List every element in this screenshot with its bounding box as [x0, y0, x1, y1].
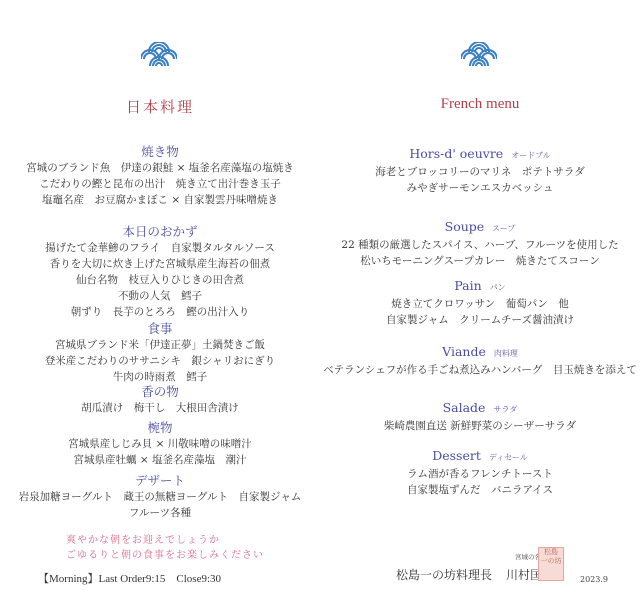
section-title-fr: Viande: [442, 344, 486, 359]
section-title-fr: Hors-d' oeuvre: [409, 146, 503, 161]
section-title: Viande肉料理: [320, 343, 640, 362]
menu-date: 2023.9: [580, 575, 608, 584]
section-subtitle: 肉料理: [494, 349, 518, 358]
menu-item: 海老とブロッコリーのマリネ ポテトサラダ: [320, 164, 640, 180]
section-title: Soupeスープ: [320, 218, 640, 237]
menu-item: 塩竈名産 お豆腐かまぼこ × 自家製雲丹味噌焼き: [0, 192, 320, 208]
section-subtitle: パン: [490, 283, 506, 292]
section-title: 焼き物: [0, 143, 320, 160]
welcome-line: ごゆるりと朝の食事をお楽しみください: [66, 548, 264, 563]
menu-item: 胡瓜漬け 梅干し 大根田舎漬け: [0, 400, 320, 416]
welcome-line: 爽やかな朝をお迎えでしょうか: [66, 533, 264, 548]
section-dessert-jp: デザート 岩泉加糖ヨーグルト 蔵王の無糖ヨーグルト 自家製ジャム フルーツ各種: [0, 472, 320, 521]
seigaiha-wave-logo-icon: [141, 42, 177, 68]
business-hours: 【Morning】Last Order9:15 Close9:30: [38, 570, 221, 586]
menu-item: フルーツ各種: [0, 505, 320, 521]
welcome-message: 爽やかな朝をお迎えでしょうか ごゆるりと朝の食事をお楽しみください: [66, 533, 264, 563]
section-title: 食事: [0, 320, 320, 337]
section-okazu: 本日のおかず 揚げたて金華鯵のフライ 自家製タルタルソース 香りを大切に炊き上げ…: [0, 223, 320, 320]
menu-item: ベテランシェフが作る手ごね煮込みハンバーグ 目玉焼きを添えて: [320, 362, 640, 378]
french-menu-title: French menu: [320, 96, 640, 113]
menu-item: みやぎサーモンエスカベッシュ: [320, 180, 640, 196]
menu-item: 登米産こだわりのササニシキ 銀シャリおにぎり: [0, 353, 320, 369]
menu-item: 焼き立てクロワッサン 葡萄パン 他: [320, 296, 640, 312]
seal-stamp-icon: 松島 一の坊: [538, 547, 564, 581]
menu-item: 岩泉加糖ヨーグルト 蔵王の無糖ヨーグルト 自家製ジャム: [0, 489, 320, 505]
section-yakimono: 焼き物 宮城のブランド魚 伊達の銀鮭 × 塩釜名産藻塩の塩焼き こだわりの鰹と昆…: [0, 143, 320, 208]
section-viande: Viande肉料理 ベテランシェフが作る手ごね煮込みハンバーグ 目玉焼きを添えて: [320, 343, 640, 378]
section-dessert-fr: Dessertディセール ラム酒が香るフレンチトースト 自家製塩ずんだ バニラア…: [320, 447, 640, 498]
section-title: 椀物: [0, 419, 320, 436]
seigaiha-wave-logo-icon: [461, 42, 497, 68]
section-title: 本日のおかず: [0, 223, 320, 240]
menu-item: 自家製ジャム クリームチーズ醤油漬け: [320, 312, 640, 328]
section-title: 香の物: [0, 383, 320, 400]
section-shokuji: 食事 宮城県ブランド米「伊達正夢」土鍋焚きご飯 登米産こだわりのササニシキ 銀シ…: [0, 320, 320, 385]
menu-item: 不動の人気 鱈子: [0, 288, 320, 304]
section-subtitle: オードブル: [511, 151, 550, 160]
section-title: Hors-d' oeuvreオードブル: [320, 145, 640, 164]
menu-item: 宮城県産牡蠣 × 塩釜名産藻塩 潮汁: [0, 452, 320, 468]
section-title-fr: Soupe: [445, 219, 485, 234]
menu-item: こだわりの鰹と昆布の出汁 焼き立て出汁巻き玉子: [0, 176, 320, 192]
menu-item: 松いちモーニングスープカレー 焼きたてスコーン: [320, 253, 640, 269]
japanese-menu-title: 日本料理: [0, 96, 320, 117]
menu-item: 香りを大切に炊き上げた宮城県産生海苔の佃煮: [0, 256, 320, 272]
section-title: Painパン: [320, 277, 640, 296]
section-subtitle: ディセール: [489, 453, 528, 462]
menu-item: 22 種類の厳選したスパイス、ハーブ、フルーツを使用した: [320, 237, 640, 253]
menu-item: 仙台名物 枝豆入りひじきの田舎煮: [0, 272, 320, 288]
section-pain: Painパン 焼き立てクロワッサン 葡萄パン 他 自家製ジャム クリームチーズ醤…: [320, 277, 640, 328]
chef-signature: 松島一の坊料理長川村匡之: [396, 566, 554, 583]
section-title-fr: Pain: [454, 278, 481, 293]
section-title: Dessertディセール: [320, 447, 640, 466]
section-soupe: Soupeスープ 22 種類の厳選したスパイス、ハーブ、フルーツを使用した 松い…: [320, 218, 640, 269]
chef-role: 松島一の坊料理長: [396, 568, 492, 582]
section-title-fr: Salade: [443, 400, 486, 415]
menu-item: 自家製塩ずんだ バニラアイス: [320, 482, 640, 498]
seal-text: 松島: [539, 548, 563, 557]
section-subtitle: スープ: [492, 224, 515, 233]
section-wanmono: 椀物 宮城県産しじみ貝 × 川敬味噌の味噌汁 宮城県産牡蠣 × 塩釜名産藻塩 潮…: [0, 419, 320, 468]
section-kounomono: 香の物 胡瓜漬け 梅干し 大根田舎漬け: [0, 383, 320, 416]
menu-item: 柴崎農園直送 新鮮野菜のシーザーサラダ: [320, 418, 640, 434]
section-title: デザート: [0, 472, 320, 489]
menu-item: 宮城県産しじみ貝 × 川敬味噌の味噌汁: [0, 436, 320, 452]
section-salade: Saladeサラダ 柴崎農園直送 新鮮野菜のシーザーサラダ: [320, 399, 640, 434]
menu-item: ラム酒が香るフレンチトースト: [320, 466, 640, 482]
menu-item: 宮城県ブランド米「伊達正夢」土鍋焚きご飯: [0, 337, 320, 353]
section-title: Saladeサラダ: [320, 399, 640, 418]
section-hors-doeuvre: Hors-d' oeuvreオードブル 海老とブロッコリーのマリネ ポテトサラダ…: [320, 145, 640, 196]
section-title-fr: Dessert: [432, 448, 481, 463]
menu-item: 揚げたて金華鯵のフライ 自家製タルタルソース: [0, 240, 320, 256]
seal-text: 一の坊: [539, 557, 563, 566]
section-subtitle: サラダ: [493, 405, 517, 414]
menu-item: 朝ずり 長芋のとろろ 鰹の出汁入り: [0, 304, 320, 320]
menu-item: 宮城のブランド魚 伊達の銀鮭 × 塩釜名産藻塩の塩焼き: [0, 160, 320, 176]
